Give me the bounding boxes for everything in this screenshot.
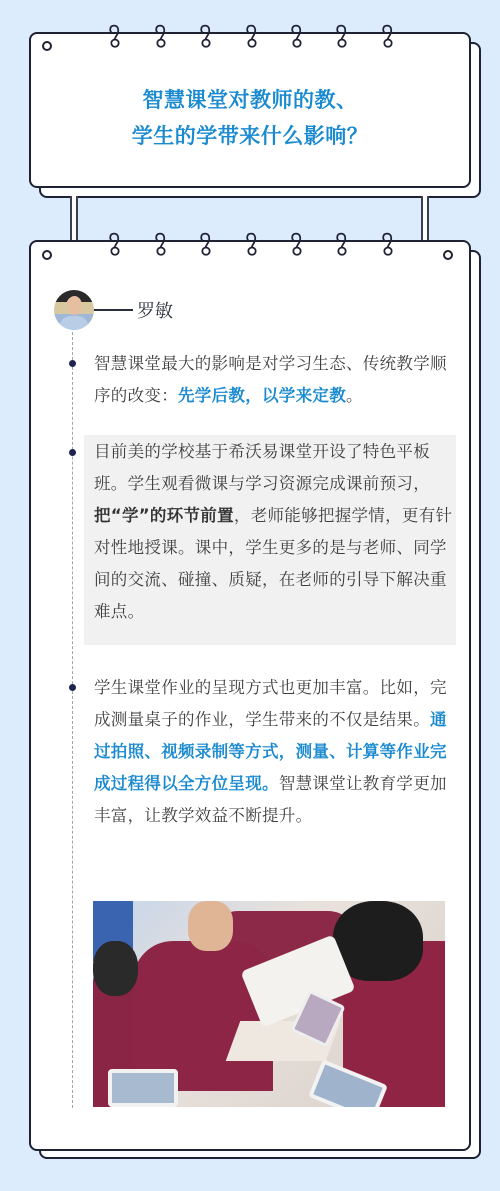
- author-connector-line: [93, 309, 133, 311]
- author-block: 罗敏: [54, 290, 173, 330]
- binder-ring-icon: [154, 232, 168, 258]
- avatar-shirt: [59, 316, 89, 330]
- hole-icon: [443, 250, 453, 260]
- paragraph-3: 学生课堂作业的呈现方式也更加丰富。比如，完成测量桌子的作业，学生带来的不仅是结果…: [94, 672, 456, 832]
- bullet-dot-icon: [69, 360, 76, 367]
- binder-ring-icon: [245, 232, 259, 258]
- paragraph-2-text: 目前美的学校基于希沃易课堂开设了特色平板班。学生观看微课与学习资源完成课前预习，: [94, 442, 430, 493]
- paragraph-1-highlight: 先学后教，以学来定教: [178, 386, 346, 405]
- paragraph-3-text: 学生课堂作业的呈现方式也更加丰富。比如，完成测量桌子的作业，学生带来的不仅是结果…: [94, 678, 447, 729]
- binder-ring-icon: [199, 24, 213, 50]
- hole-icon: [42, 250, 52, 260]
- binder-ring-icon: [381, 232, 395, 258]
- binder-ring-icon: [290, 232, 304, 258]
- title-line-2: 学生的学带来什么影响？: [29, 118, 471, 154]
- binder-ring-icon: [245, 24, 259, 50]
- signpost-right: [421, 196, 429, 242]
- classroom-photo: [93, 901, 445, 1107]
- page-title: 智慧课堂对教师的教、 学生的学带来什么影响？: [29, 82, 471, 154]
- signpost-left: [70, 196, 78, 242]
- paragraph-1: 智慧课堂最大的影响是对学习生态、传统教学顺序的改变：先学后教，以学来定教。: [94, 348, 456, 412]
- binder-ring-icon: [154, 24, 168, 50]
- person-avatar-icon: [67, 296, 82, 315]
- avatar: [54, 290, 94, 330]
- binder-ring-icon: [108, 24, 122, 50]
- binder-ring-icon: [290, 24, 304, 50]
- author-name: 罗敏: [137, 297, 173, 323]
- title-line-1: 智慧课堂对教师的教、: [29, 82, 471, 118]
- binder-ring-icon: [381, 24, 395, 50]
- binder-ring-icon: [199, 232, 213, 258]
- paragraph-2-bold: 把“学”的环节前置: [94, 506, 234, 525]
- binder-ring-icon: [108, 232, 122, 258]
- paragraph-1-tail: 。: [346, 386, 363, 405]
- hole-icon: [42, 41, 52, 51]
- paragraph-2: 目前美的学校基于希沃易课堂开设了特色平板班。学生观看微课与学习资源完成课前预习，…: [84, 435, 456, 645]
- bullet-dot-icon: [69, 449, 76, 456]
- binder-ring-icon: [335, 232, 349, 258]
- bullet-dot-icon: [69, 684, 76, 691]
- binder-ring-icon: [335, 24, 349, 50]
